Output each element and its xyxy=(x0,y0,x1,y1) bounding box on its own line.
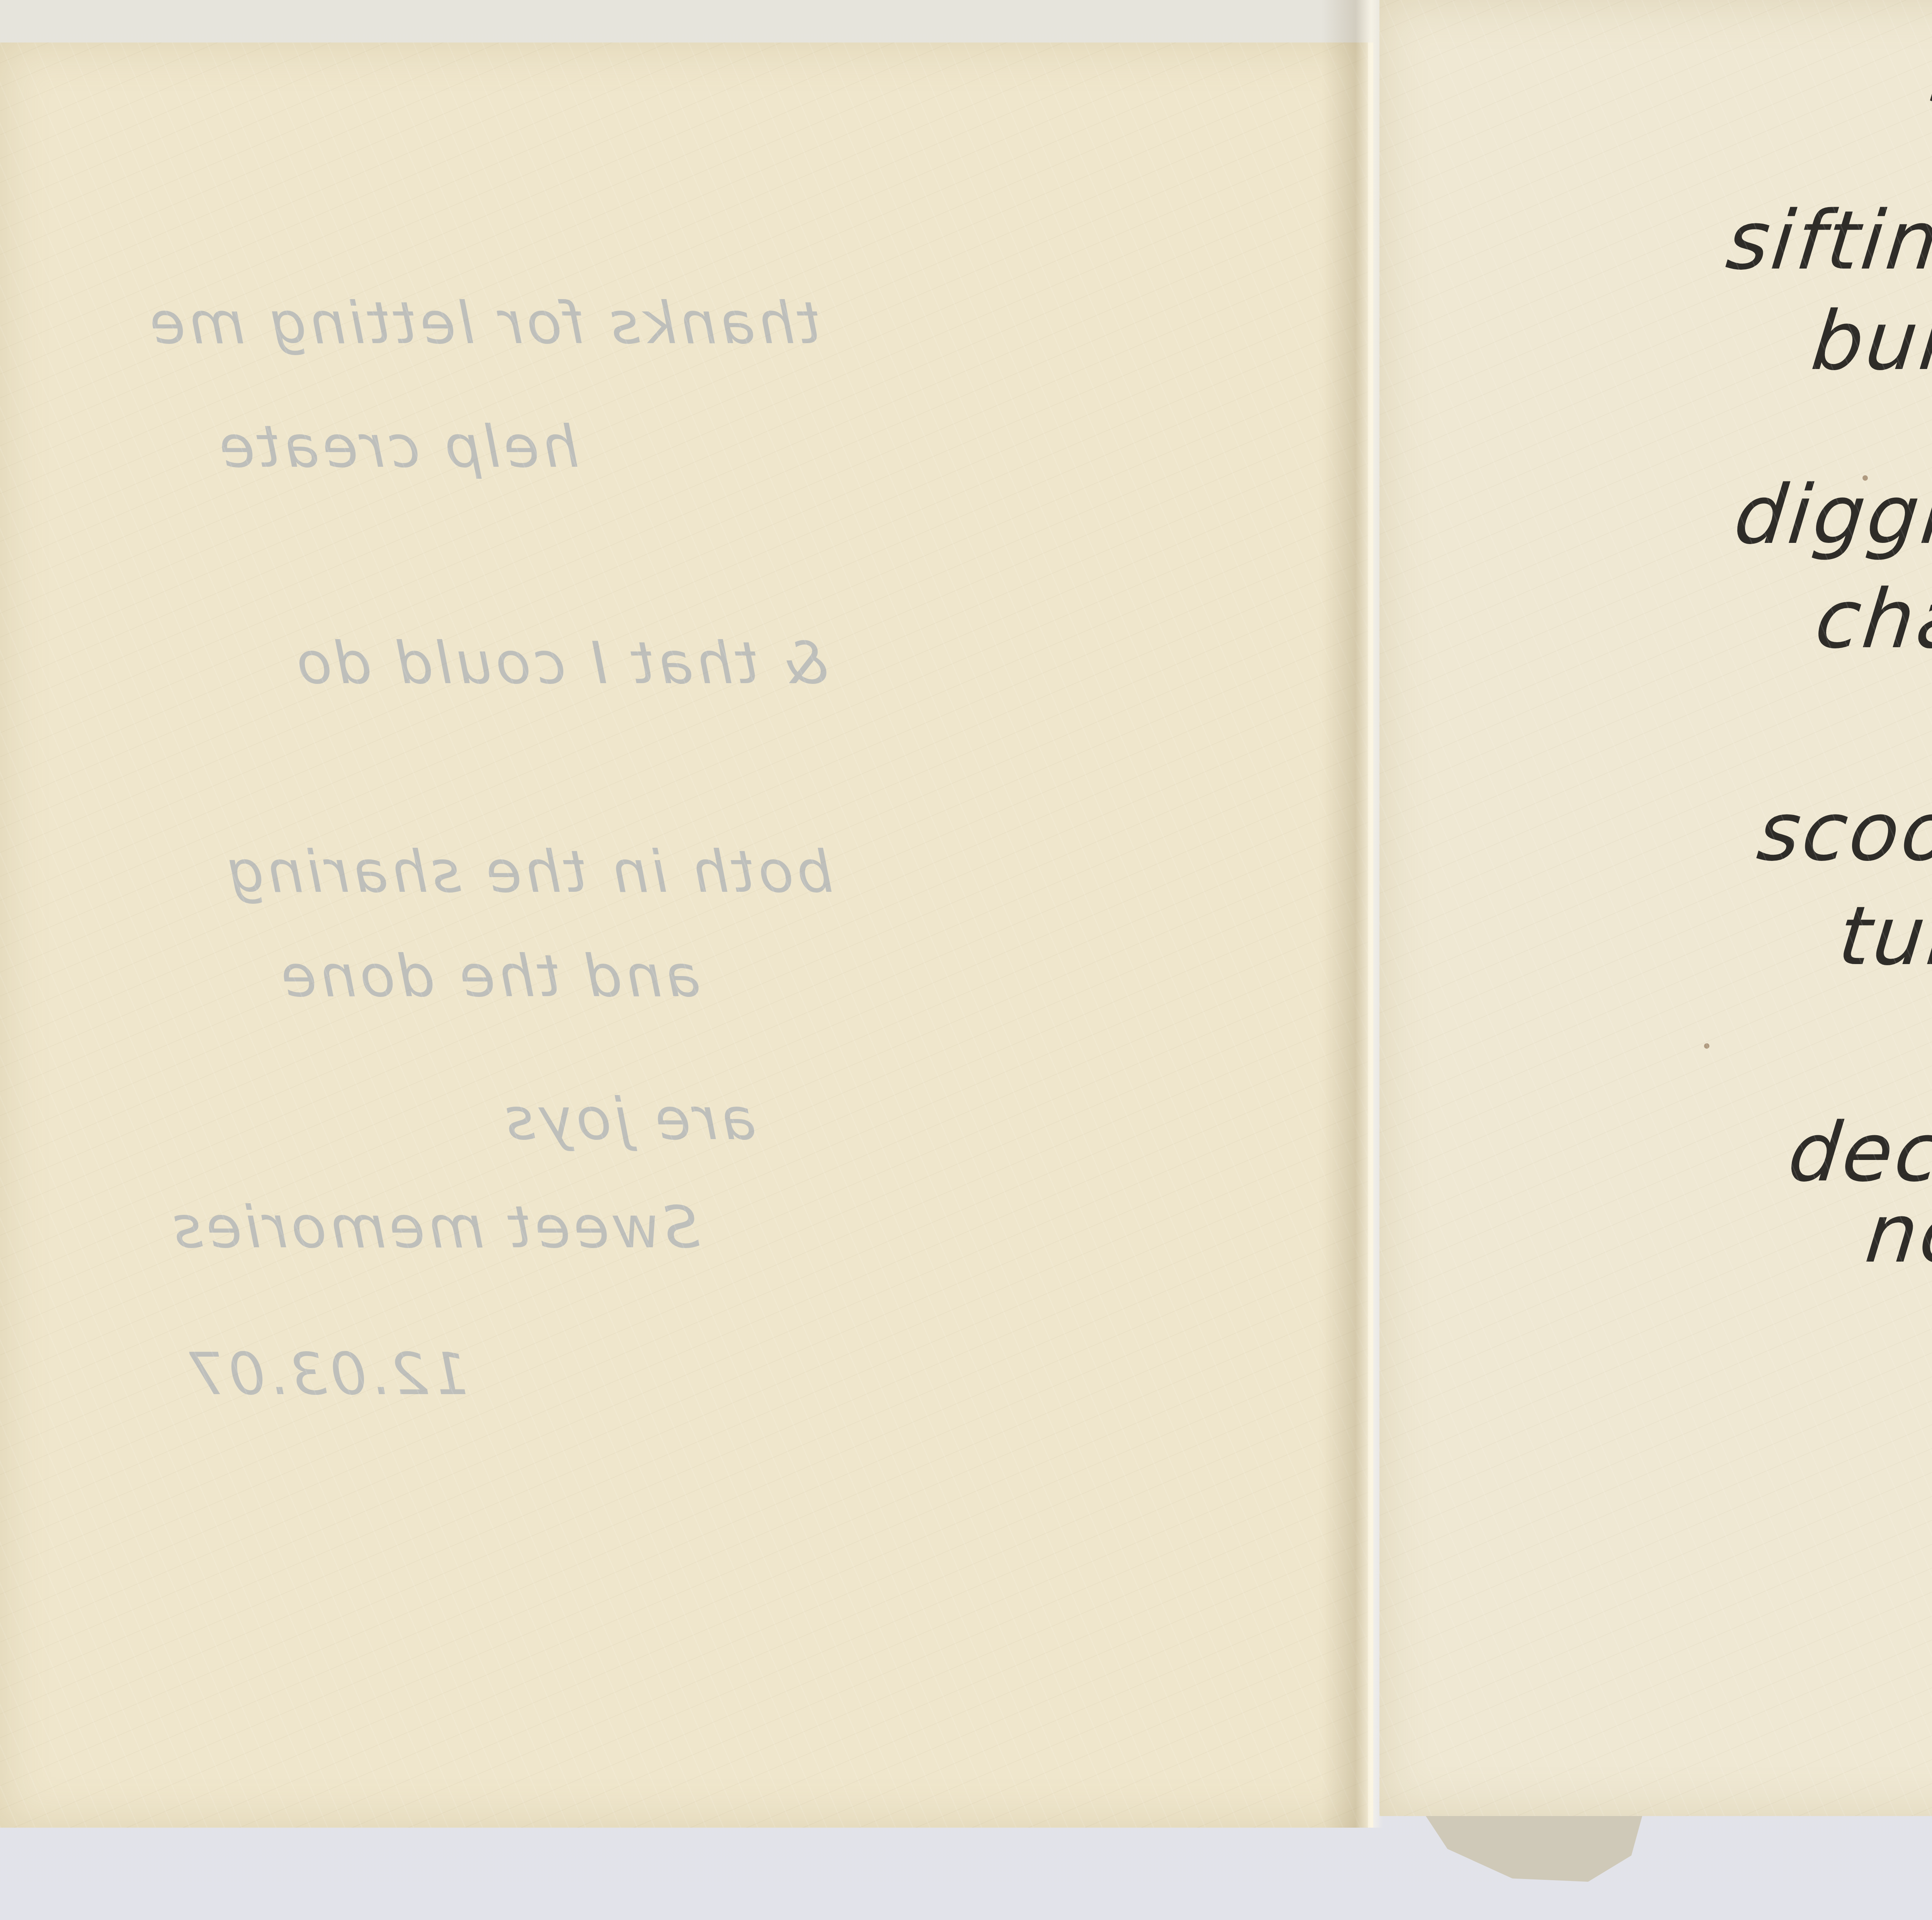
bleed-line-1: thanks for letting me xyxy=(147,290,821,357)
stanza-1-line-1: sifting, flinging xyxy=(1722,193,1932,288)
bleed-line-8: 12.03.07 xyxy=(185,1341,468,1408)
stanza-3-line-1: scooping, finding xyxy=(1753,784,1932,879)
paper-fleck xyxy=(1862,475,1868,481)
book-gutter xyxy=(1321,0,1383,1828)
bleed-line-7: Sweet memories xyxy=(170,1194,700,1261)
stanza-2-line-1: digging, patting xyxy=(1730,468,1932,562)
stanza-3-line-2: tunnelling deep xyxy=(1834,889,1932,983)
stanza-4-line-1: decorating xyxy=(1784,1105,1932,1200)
stanza-1-line-2: burying, heaped xyxy=(1807,294,1932,388)
bleed-line-4: both in the sharing xyxy=(224,838,834,906)
bleed-line-2: help create xyxy=(216,413,579,481)
left-page: thanks for letting me help create & that… xyxy=(0,43,1373,1828)
bleed-line-6: are joys xyxy=(502,1086,757,1153)
paper-fleck xyxy=(1704,1043,1709,1049)
stanza-4-line-2: now for keeps xyxy=(1861,1186,1932,1281)
bleed-line-5: and the done xyxy=(278,943,701,1010)
poem-title: Sand xyxy=(1927,35,1932,120)
bleed-line-3: & that I could do xyxy=(294,630,829,697)
right-page: Sand sifting, flinging burying, heaped d… xyxy=(1379,0,1932,1816)
stanza-2-line-2: channelling, seeped xyxy=(1811,572,1932,667)
